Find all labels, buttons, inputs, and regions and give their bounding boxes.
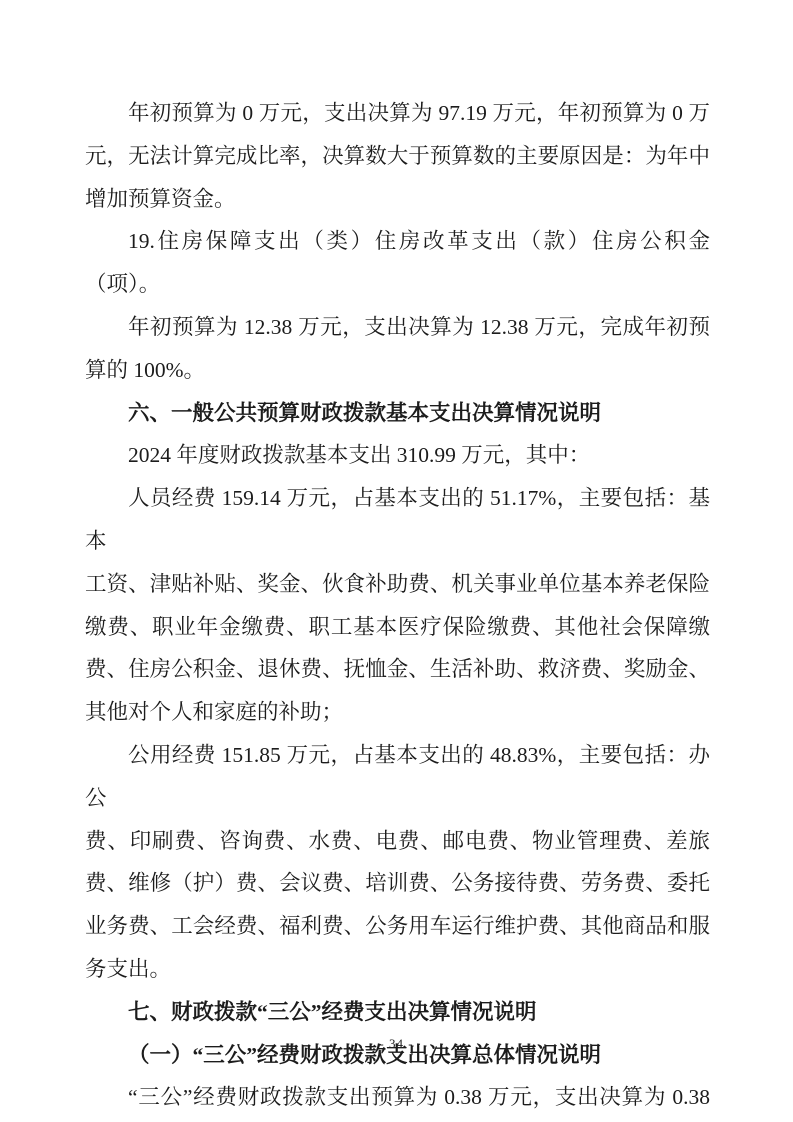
- body-line: 费、印刷费、咨询费、水费、电费、邮电费、物业管理费、差旅: [85, 820, 710, 863]
- body-line: 其他对个人和家庭的补助；: [85, 691, 710, 734]
- body-line: 元，无法计算完成比率，决算数大于预算数的主要原因是：为年中: [85, 135, 710, 178]
- body-line: 缴费、职业年金缴费、职工基本医疗保险缴费、其他社会保障缴: [85, 606, 710, 649]
- body-line: 业务费、工会经费、福利费、公务用车运行维护费、其他商品和服: [85, 905, 710, 948]
- page-number: - 34 -: [0, 1036, 793, 1052]
- section-seven-heading: 七、财政拨款“三公”经费支出决算情况说明: [85, 991, 710, 1034]
- body-line: 年初预算为 12.38 万元，支出决算为 12.38 万元，完成年初预: [85, 306, 710, 349]
- body-line: 公用经费 151.85 万元，占基本支出的 48.83%，主要包括：办公: [85, 734, 710, 820]
- body-line: “三公”经费财政拨款支出预算为 0.38 万元，支出决算为 0.38: [85, 1076, 710, 1119]
- body-line: 算的 100%。: [85, 349, 710, 392]
- body-line: （项）。: [85, 263, 710, 306]
- document-page: 年初预算为 0 万元，支出决算为 97.19 万元，年初预算为 0 万 元，无法…: [0, 0, 793, 1122]
- body-line: 19.住房保障支出（类）住房改革支出（款）住房公积金: [85, 220, 710, 263]
- body-line: 费、维修（护）费、会议费、培训费、公务接待费、劳务费、委托: [85, 862, 710, 905]
- body-line: 人员经费 159.14 万元，占基本支出的 51.17%，主要包括：基本: [85, 477, 710, 563]
- body-line: 2024 年度财政拨款基本支出 310.99 万元，其中：: [85, 434, 710, 477]
- body-line: 务支出。: [85, 948, 710, 991]
- body-line: 增加预算资金。: [85, 178, 710, 221]
- section-six-heading: 六、一般公共预算财政拨款基本支出决算情况说明: [85, 392, 710, 435]
- body-line: 费、住房公积金、退休费、抚恤金、生活补助、救济费、奖励金、: [85, 648, 710, 691]
- body-line: 工资、津贴补贴、奖金、伙食补助费、机关事业单位基本养老保险: [85, 563, 710, 606]
- body-line: 年初预算为 0 万元，支出决算为 97.19 万元，年初预算为 0 万: [85, 92, 710, 135]
- document-body: 年初预算为 0 万元，支出决算为 97.19 万元，年初预算为 0 万 元，无法…: [85, 92, 710, 1119]
